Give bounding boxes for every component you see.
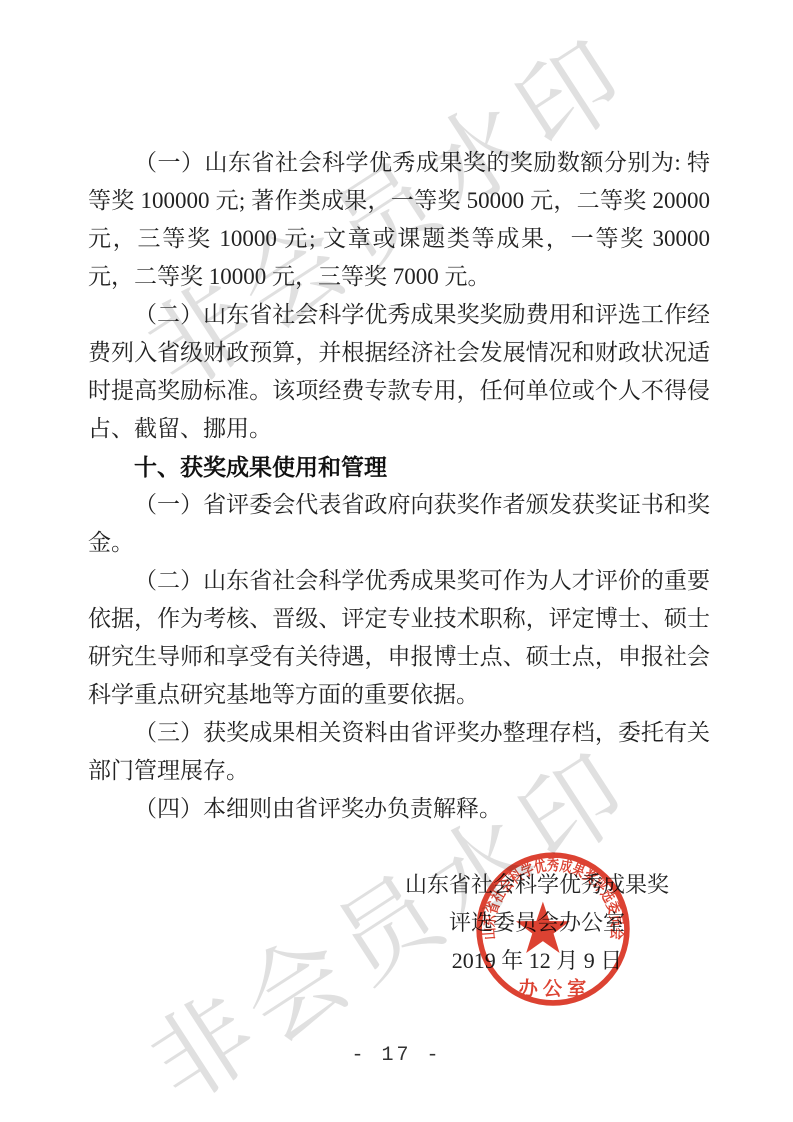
official-seal: 山东省社会科学优秀成果奖评选委员会 办公室 <box>471 847 633 1009</box>
section-heading: 十、获奖成果使用和管理 <box>88 448 710 486</box>
paragraph-award-amounts: （一）山东省社会科学优秀成果奖的奖励数额分别为: 特等奖 100000 元; 著… <box>88 144 710 296</box>
paragraph-talent-evaluation: （二）山东省社会科学优秀成果奖可作为人才评价的重要依据，作为考核、晋级、评定专业… <box>88 562 710 714</box>
paragraph-interpretation: （四）本细则由省评奖办负责解释。 <box>88 790 710 828</box>
document-body: （一）山东省社会科学优秀成果奖的奖励数额分别为: 特等奖 100000 元; 著… <box>88 144 710 828</box>
seal-star-icon <box>516 902 570 953</box>
paragraph-archiving: （三）获奖成果相关资料由省评奖办整理存档，委托有关部门管理展存。 <box>88 714 710 790</box>
seal-bottom-text: 办公室 <box>519 977 592 1000</box>
document-page: 非会员水印 非会员水印 （一）山东省社会科学优秀成果奖的奖励数额分别为: 特等奖… <box>0 0 793 1122</box>
page-number: - 17 - <box>0 1042 793 1070</box>
paragraph-funding: （二）山东省社会科学优秀成果奖奖励费用和评选工作经费列入省级财政预算，并根据经济… <box>88 296 710 448</box>
paragraph-certificates: （一）省评委会代表省政府向获奖作者颁发获奖证书和奖金。 <box>88 486 710 562</box>
